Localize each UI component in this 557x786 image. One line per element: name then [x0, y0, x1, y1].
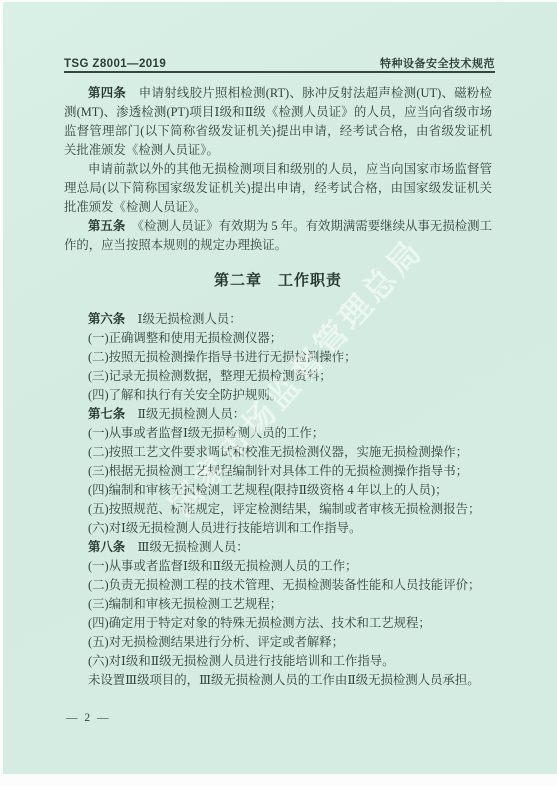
- page-header: TSG Z8001—2019 特种设备安全技术规范: [64, 55, 495, 71]
- scanned-document: { "header": { "doc_code": "TSG Z8001—201…: [0, 0, 557, 786]
- paragraph: 第七条 Ⅱ级无损检测人员：: [64, 405, 492, 424]
- list-item: (二)按照无损检测操作指导书进行无损检测操作；: [64, 348, 492, 367]
- paragraph: 申请前款以外的其他无损检测项目和级别的人员，应当向国家市场监督管理总局(以下简称…: [64, 160, 492, 217]
- list-item: (一)从事或者监督Ⅰ级无损检测人员的工作；: [64, 424, 492, 443]
- list-item: (二)按照工艺文件要求调试和校准无损检测仪器，实施无损检测操作；: [64, 443, 492, 462]
- list-item: (三)编制和审核无损检测工艺规程；: [64, 595, 492, 614]
- article-number: 第八条: [88, 540, 125, 554]
- paragraph: 第六条 Ⅰ级无损检测人员：: [64, 310, 492, 329]
- article-number: 第五条: [88, 219, 125, 233]
- document-page: TSG Z8001—2019 特种设备安全技术规范 第四条 申请射线胶片照相检测…: [3, 2, 557, 774]
- article-number: 第七条: [88, 407, 125, 421]
- article-number: 第六条: [88, 312, 125, 326]
- list-item: (六)对Ⅰ级和Ⅱ级无损检测人员进行技能培训和工作指导。: [64, 652, 492, 671]
- header-rule: [64, 71, 495, 73]
- article-number: 第四条: [88, 86, 126, 100]
- list-item: (五)对无损检测结果进行分析、评定或者解释；: [64, 633, 492, 652]
- paragraph: 第八条 Ⅲ级无损检测人员：: [64, 538, 492, 557]
- document-body: 第四条 申请射线胶片照相检测(RT)、脉冲反射法超声检测(UT)、磁粉检测(MT…: [64, 84, 492, 690]
- chapter-heading: 第二章 工作职责: [64, 270, 492, 292]
- list-item: (四)确定用于特定对象的特殊无损检测方法、技术和工艺规程；: [64, 614, 492, 633]
- doc-code: TSG Z8001—2019: [64, 58, 166, 70]
- list-item: (四)编制和审核无损检测工艺规程(限持Ⅱ级资格 4 年以上的人员)；: [64, 481, 492, 500]
- list-item: (二)负责无损检测工程的技术管理、无损检测装备性能和人员技能评价；: [64, 576, 492, 595]
- list-item: (一)从事或者监督Ⅰ级和Ⅱ级无损检测人员的工作；: [64, 557, 492, 576]
- list-item: (三)根据无损检测工艺规程编制针对具体工件的无损检测操作指导书；: [64, 462, 492, 481]
- doc-title: 特种设备安全技术规范: [380, 55, 495, 71]
- list-item: (三)记录无损检测数据，整理无损检测资料；: [64, 367, 492, 386]
- list-item: (四)了解和执行有关安全防护规则。: [64, 386, 492, 405]
- page-number: — 2 —: [66, 712, 111, 724]
- paragraph: 第五条 《检测人员证》有效期为 5 年。有效期满需要继续从事无损检测工作的，应当…: [64, 217, 492, 255]
- list-item: (六)对Ⅰ级无损检测人员进行技能培训和工作指导。: [64, 519, 492, 538]
- list-item: (一)正确调整和使用无损检测仪器；: [64, 329, 492, 348]
- paragraph: 第四条 申请射线胶片照相检测(RT)、脉冲反射法超声检测(UT)、磁粉检测(MT…: [64, 84, 492, 160]
- paragraph: 未设置Ⅲ级项目的，Ⅲ级无损检测人员的工作由Ⅱ级无损检测人员承担。: [64, 671, 492, 690]
- list-item: (五)按照规范、标准规定，评定检测结果，编制或者审核无损检测报告；: [64, 500, 492, 519]
